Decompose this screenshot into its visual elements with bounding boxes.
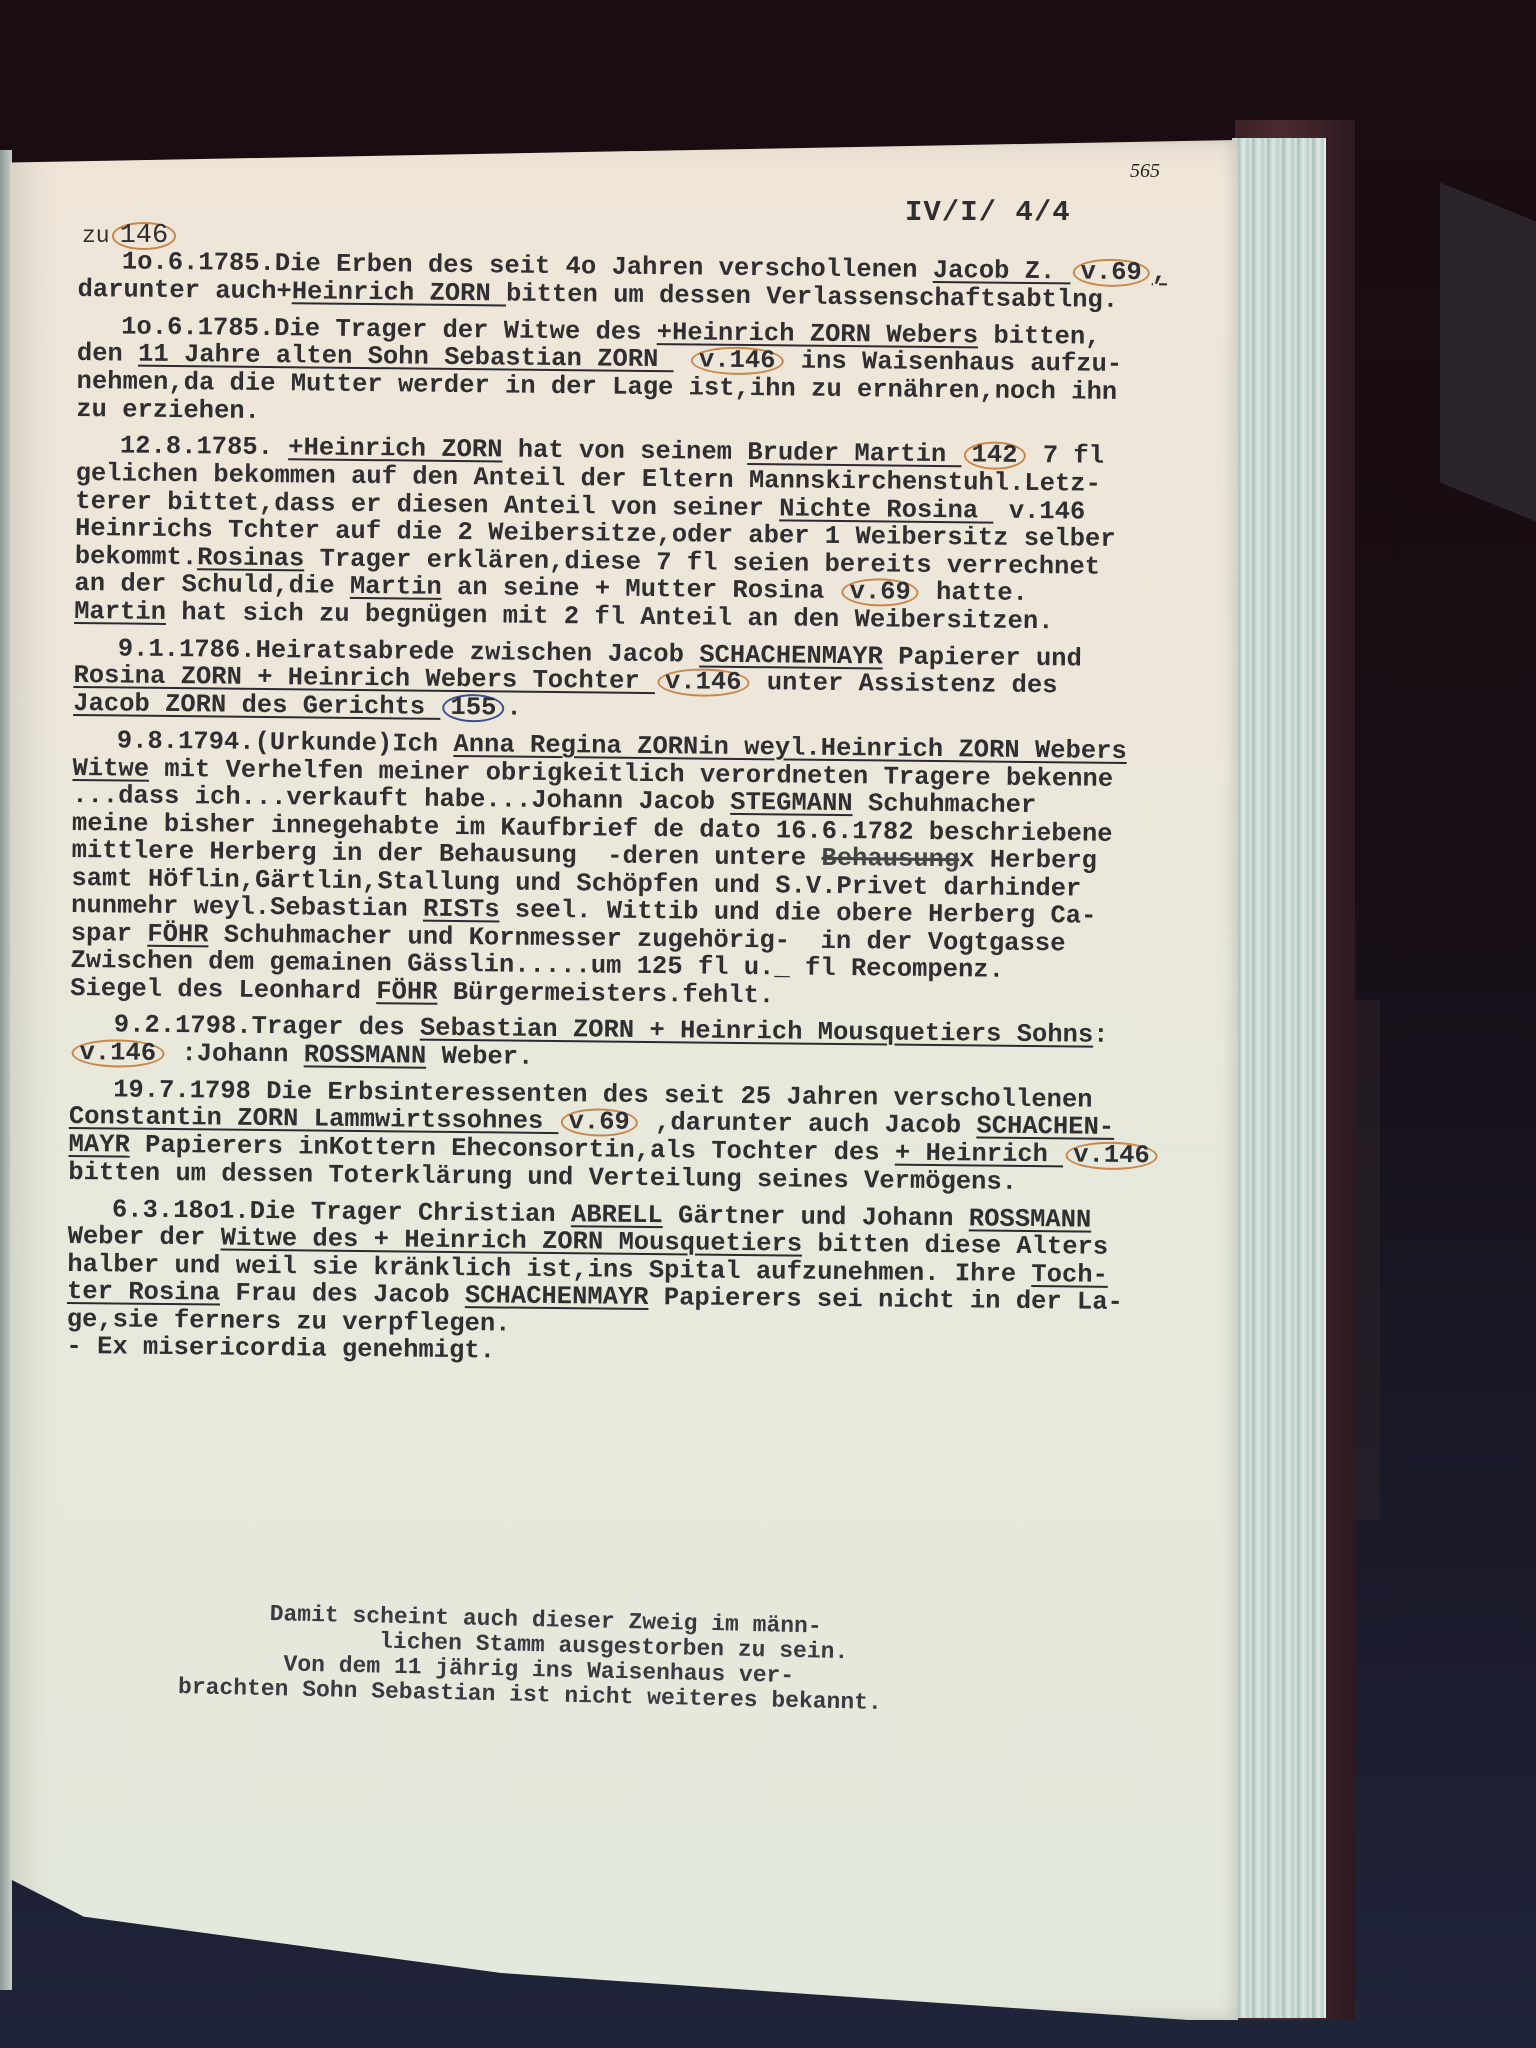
- underlined-name: Rosinas: [197, 543, 304, 573]
- underlined-name: STEGMANN: [730, 788, 853, 818]
- page-stack-edge: [1232, 138, 1326, 2018]
- text: den: [77, 339, 139, 369]
- circled-reference-blue: 155: [442, 694, 504, 723]
- struck-text: Behausung: [821, 844, 959, 874]
- underlined-name: Witwe: [72, 753, 149, 783]
- underlined-name: Heinrich ZORN: [292, 277, 507, 308]
- text: v.146: [993, 496, 1085, 526]
- record-entry: 9.1.1786.Heiratsabrede zwischen Jacob SC…: [73, 634, 1234, 730]
- circled-reference: v.146: [1065, 1141, 1158, 1170]
- underlined-name: ROSSMANN: [969, 1204, 1092, 1234]
- text: bekommt.: [75, 541, 198, 571]
- underlined-name: +Heinrich ZORN: [288, 433, 503, 464]
- record-entry: 19.7.1798 Die Erbsinteressenten des seit…: [68, 1075, 1229, 1198]
- family-reference-prefix: zu: [82, 223, 110, 249]
- underlined-name: Martin: [74, 597, 166, 627]
- text: darunter auch+: [77, 275, 292, 306]
- underlined-name: + Heinrich: [895, 1139, 1064, 1170]
- text: Papierer und: [883, 642, 1082, 673]
- circled-reference: v.69: [841, 578, 919, 607]
- record-entry: 1o.6.1785.Die Erben des seit 4o Jahren v…: [77, 248, 1238, 316]
- text: bitten,: [978, 321, 1101, 351]
- text: Weber der: [67, 1222, 220, 1253]
- text: spar: [71, 918, 148, 948]
- underlined-name: FÖHR: [376, 977, 438, 1007]
- text: Weber.: [426, 1041, 533, 1071]
- text: :Johann: [166, 1038, 304, 1068]
- circled-reference: v.146: [71, 1038, 164, 1067]
- text: hatte.: [921, 578, 1028, 608]
- text: hat von seinem: [502, 435, 747, 467]
- record-entry: 1o.6.1785.Die Trager der Witwe des +Hein…: [76, 312, 1237, 435]
- section-reference: IV/I/ 4/4: [905, 196, 1071, 229]
- record-entries: 1o.6.1785.Die Erben des seit 4o Jahren v…: [66, 248, 1238, 1382]
- text: 12.8.1785.: [120, 431, 289, 462]
- underlined-name: ROSSMANN: [304, 1040, 427, 1070]
- record-entry: 9.2.1798.Trager des Sebastian ZORN + Hei…: [69, 1011, 1230, 1079]
- text: x Herberg: [959, 845, 1097, 875]
- text: .: [506, 694, 522, 723]
- text: Siegel des Leonhard: [70, 973, 376, 1005]
- underlined-name: Nichte Rosina: [779, 494, 994, 525]
- background-object: [1440, 183, 1536, 548]
- circled-reference: 142: [963, 441, 1025, 470]
- text: bitten um dessen Verlassenschaftsabtlng.: [506, 279, 1118, 314]
- text: [674, 345, 690, 374]
- circled-reference: v.146: [657, 668, 750, 697]
- family-reference: zu146: [82, 222, 178, 250]
- underlined-name: Martin: [350, 572, 442, 602]
- circled-reference: v.146: [691, 346, 784, 375]
- text: Papierers sei nicht in der La-: [648, 1283, 1123, 1317]
- underlined-name: Bruder Martin: [747, 438, 962, 469]
- circled-reference: v.69: [560, 1108, 638, 1137]
- text: Schuhmacher: [853, 789, 1037, 820]
- underlined-name: FÖHR: [147, 919, 209, 949]
- text: 7 fl: [1027, 441, 1104, 471]
- text: Bürgermeisters.fehlt.: [437, 977, 774, 1010]
- text: unter Assistenz des: [751, 668, 1057, 700]
- text: zu erziehen.: [76, 394, 260, 425]
- text: :: [1093, 1021, 1109, 1050]
- underlined-name: SCHACHEN-: [976, 1111, 1114, 1141]
- page-number: 565: [1130, 160, 1160, 183]
- underlined-name: MAYR: [68, 1130, 130, 1160]
- text: - Ex misericordia genehmigt.: [66, 1332, 495, 1365]
- underlined-name: Jacob Z.: [933, 256, 1071, 286]
- underlined-name: ter Rosina: [67, 1277, 220, 1308]
- closing-note: Damit scheint auch dieser Zweig im männ-…: [178, 1600, 1040, 1719]
- underlined-name: RISTs: [423, 895, 500, 925]
- underlined-name: SCHACHENMAYR: [699, 640, 883, 671]
- circled-family-number: 146: [112, 222, 177, 250]
- photo-scene: 565 IV/I/ 4/4 zu146 1o.6.1785.Die Erben …: [0, 0, 1536, 2048]
- underlined-name: ABRELL: [571, 1200, 663, 1230]
- text: an der Schuld,die: [74, 569, 350, 601]
- text: 9.2.1798.Trager des: [114, 1010, 420, 1042]
- underlined-name: ,: [1152, 258, 1168, 287]
- text: Frau des Jacob: [220, 1279, 465, 1311]
- circled-reference: v.69: [1072, 258, 1150, 287]
- underlined-name: Toch-: [1031, 1260, 1108, 1290]
- underlined-name: SCHACHENMAYR: [465, 1281, 649, 1312]
- underlined-name: Jacob ZORN des Gerichts: [73, 689, 441, 722]
- record-entry: 9.8.1794.(Urkunde)Ich Anna Regina ZORNin…: [70, 727, 1233, 1014]
- record-entry: 12.8.1785. +Heinrich ZORN hat von seinem…: [74, 432, 1236, 638]
- record-entry: 6.3.18o1.Die Trager Christian ABRELL Gär…: [66, 1195, 1228, 1372]
